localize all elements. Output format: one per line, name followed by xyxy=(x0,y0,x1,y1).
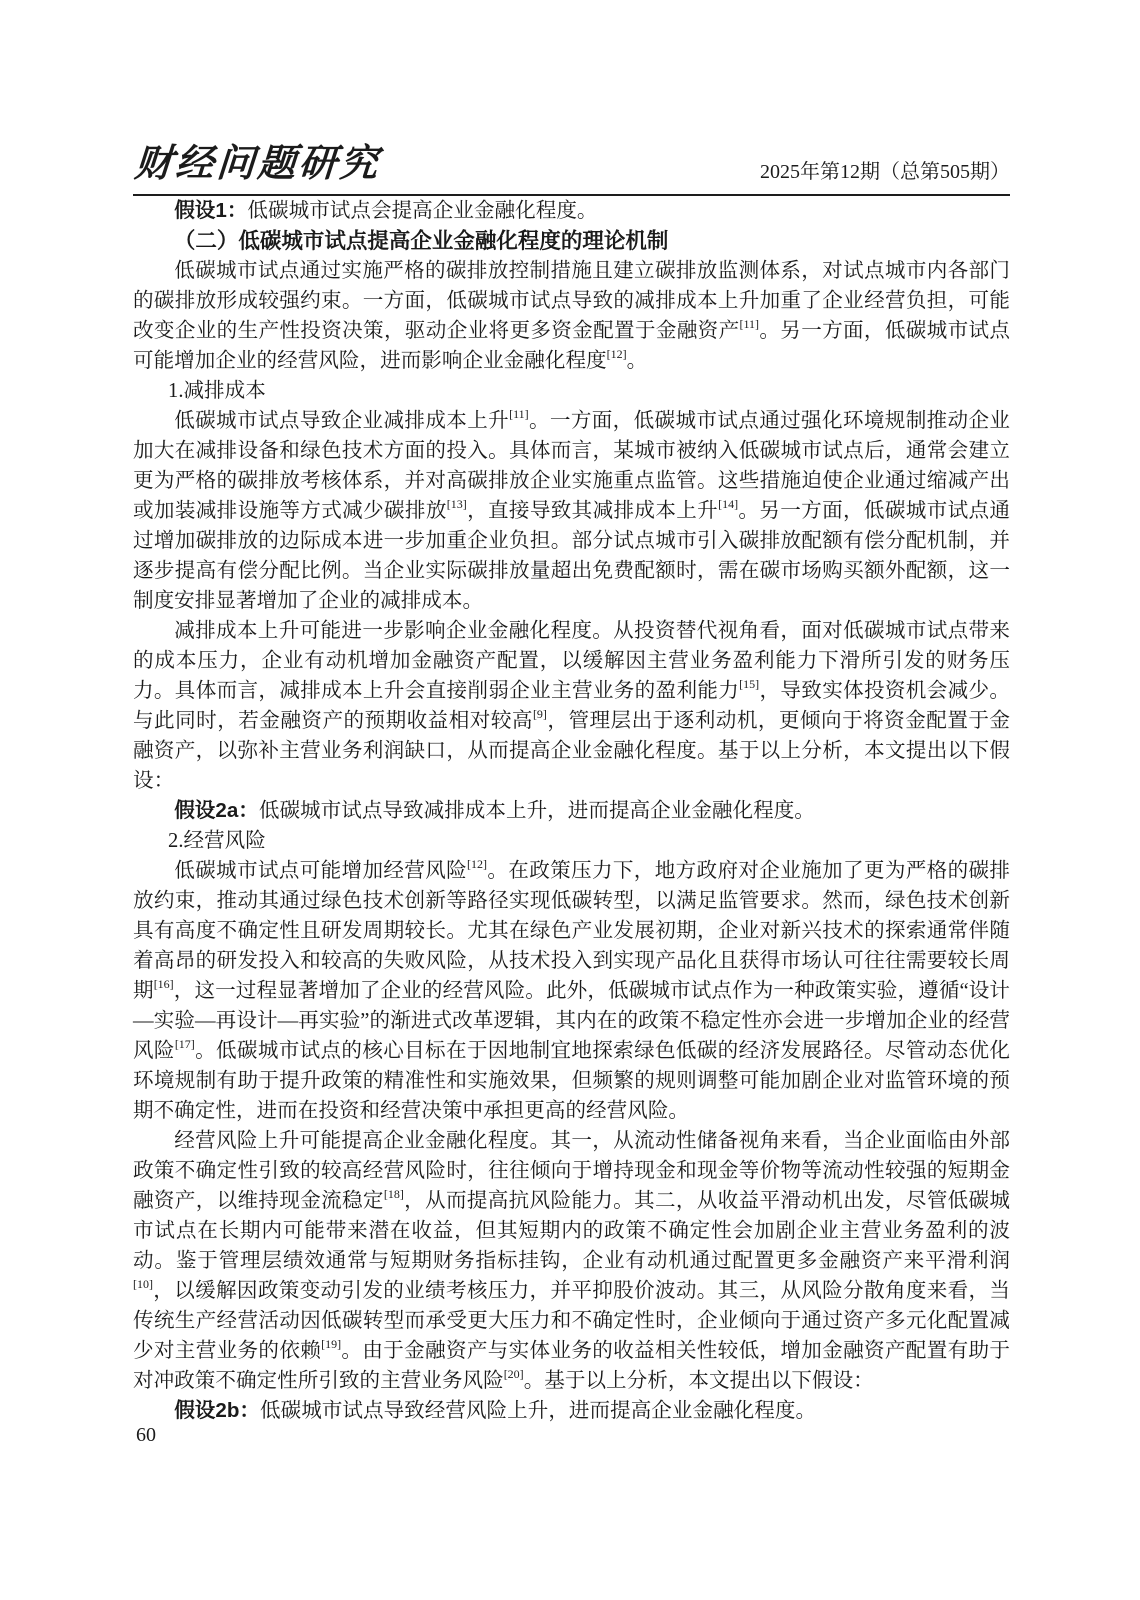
citation-ref: [19] xyxy=(321,1337,341,1351)
text-run: ，直接导致其减排成本上升 xyxy=(467,500,718,522)
text-run: 低碳城市试点可能增加经营风险 xyxy=(174,860,467,882)
paragraph-abatement-cost-rise: 低碳城市试点导致企业减排成本上升[11]。一方面，低碳城市试点通过强化环境规制推… xyxy=(133,406,1010,616)
page-number: 60 xyxy=(136,1424,156,1447)
text-run: 。 xyxy=(627,350,648,372)
citation-ref: [11] xyxy=(740,317,760,331)
text-run: 。基于以上分析，本文提出以下假设： xyxy=(524,1370,874,1392)
text-run: 1.减排成本 xyxy=(168,380,266,402)
paragraph-mechanism-overview: 低碳城市试点通过实施严格的碳排放控制措施且建立碳排放监测体系，对试点城市内各部门… xyxy=(133,256,1010,376)
paragraph-operating-risk-rise: 低碳城市试点可能增加经营风险[12]。在政策压力下，地方政府对企业施加了更为严格… xyxy=(133,856,1010,1126)
citation-ref: [15] xyxy=(739,677,759,691)
text-run: 低碳城市试点导致企业减排成本上升 xyxy=(174,410,509,432)
citation-ref: [16] xyxy=(154,977,174,991)
citation-ref: [18] xyxy=(384,1187,404,1201)
hypothesis-label: 假设2b： xyxy=(174,1399,260,1422)
citation-ref: [12] xyxy=(467,857,487,871)
hypothesis-2a: 假设2a：低碳城市试点导致减排成本上升，进而提高企业金融化程度。 xyxy=(133,796,1010,826)
text-run: 低碳城市试点会提高企业金融化程度。 xyxy=(247,200,597,222)
hypothesis-label: 假设2a： xyxy=(174,799,259,822)
issue-info: 2025年第12期（总第505期） xyxy=(760,155,1010,187)
section-heading-2: （二）低碳城市试点提高企业金融化程度的理论机制 xyxy=(133,226,1010,256)
text-run: 。低碳城市试点的核心目标在于因地制宜地探索绿色低碳的经济发展路径。尽管动态优化环… xyxy=(133,1040,1010,1122)
paragraph-operating-risk-effect: 经营风险上升可能提高企业金融化程度。其一，从流动性储备视角来看，当企业面临由外部… xyxy=(133,1126,1010,1396)
paragraph-abatement-cost-effect: 减排成本上升可能进一步影响企业金融化程度。从投资替代视角看，面对低碳城市试点带来… xyxy=(133,616,1010,796)
hypothesis-label: 假设1： xyxy=(174,199,247,222)
hypothesis-1: 假设1：低碳城市试点会提高企业金融化程度。 xyxy=(133,196,1010,226)
hypothesis-2b: 假设2b：低碳城市试点导致经营风险上升，进而提高企业金融化程度。 xyxy=(133,1396,1010,1426)
text-run: 低碳城市试点导致减排成本上升，进而提高企业金融化程度。 xyxy=(259,800,815,822)
text-run: （二）低碳城市试点提高企业金融化程度的理论机制 xyxy=(174,229,669,253)
citation-ref: [17] xyxy=(175,1037,195,1051)
page-header: 财经问题研究 2025年第12期（总第505期） xyxy=(133,132,1010,196)
text-run: 低碳城市试点导致经营风险上升，进而提高企业金融化程度。 xyxy=(260,1400,816,1422)
journal-page: 财经问题研究 2025年第12期（总第505期） 假设1：低碳城市试点会提高企业… xyxy=(0,0,1140,1600)
journal-logo: 财经问题研究 xyxy=(133,132,383,187)
citation-ref: [12] xyxy=(607,347,627,361)
subheading-abatement-cost: 1.减排成本 xyxy=(133,376,1010,406)
citation-ref: [9] xyxy=(533,707,547,721)
citation-ref: [10] xyxy=(133,1277,153,1291)
text-run: 2.经营风险 xyxy=(168,830,266,852)
citation-ref: [11] xyxy=(509,407,529,421)
citation-ref: [20] xyxy=(504,1367,524,1381)
article-body: 假设1：低碳城市试点会提高企业金融化程度。（二）低碳城市试点提高企业金融化程度的… xyxy=(133,196,1010,1426)
citation-ref: [14] xyxy=(718,497,738,511)
subheading-operating-risk: 2.经营风险 xyxy=(133,826,1010,856)
citation-ref: [13] xyxy=(447,497,467,511)
